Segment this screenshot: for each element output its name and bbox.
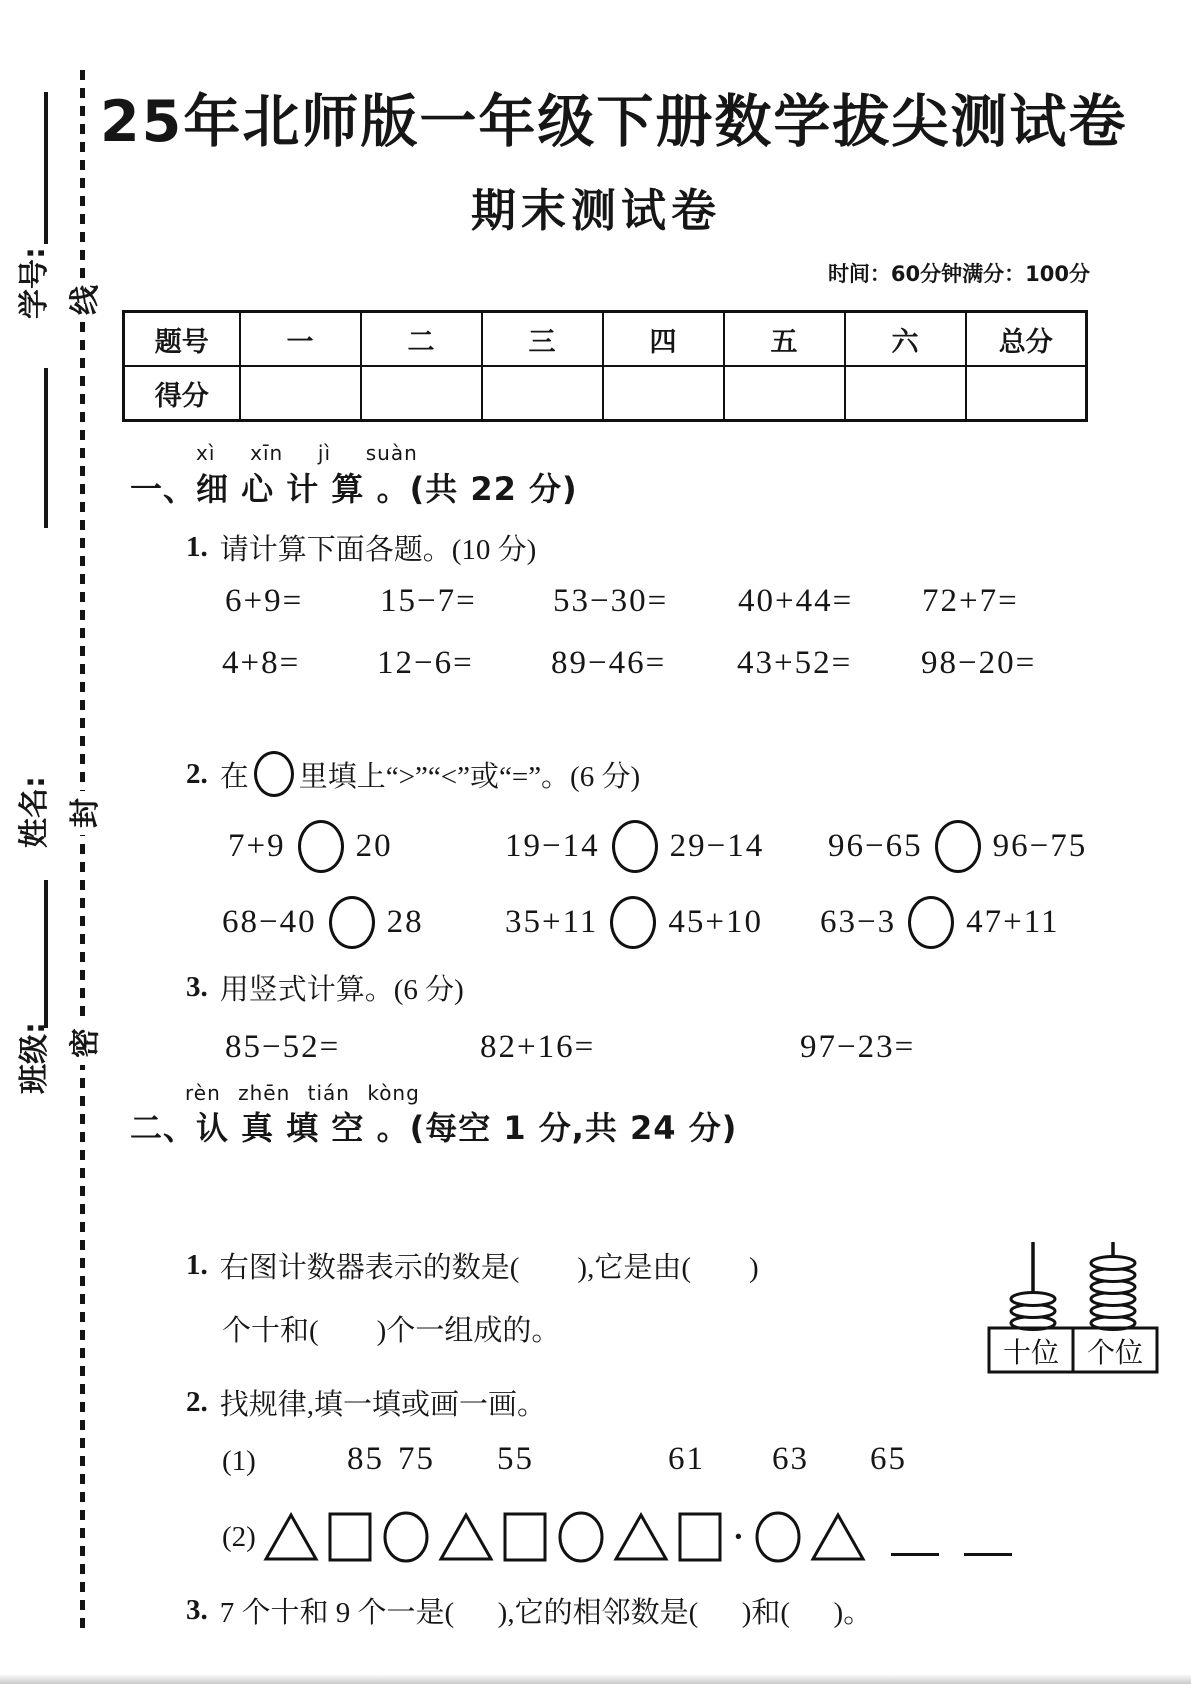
comparison-right: 96−75 [993,828,1088,865]
calc-item: 53−30= [553,583,668,620]
calc-item: 89−46= [551,645,666,682]
s1-q3-text: 用竖式计算。(6 分) [220,967,464,1008]
s2-q3-number: 3. [186,1594,208,1627]
name-label: 姓名: [15,742,55,882]
triangle-shape [810,1511,866,1563]
score-header-cell: 六 [845,312,966,367]
score-header-cell: 五 [724,312,845,367]
s2-q3-text: 7 个十和 9 个一是( ),它的相邻数是( )和( )。 [220,1590,872,1631]
comparison-circle [329,896,375,949]
column-calc-item: 97−23= [800,1029,915,1066]
seal-char-mi: 密 [66,1021,106,1065]
comparison-right: 45+10 [668,904,763,941]
s2-q2-sub1-label: (1) [222,1445,256,1478]
comparison-circle [610,896,656,949]
s1-q2-prompt: 2. 在 里填上“>”“<”或“=”。(6 分) [186,751,640,797]
exam-paper-page: 学号: 姓名: 班级: 线 封 密 25年北师版一年级下册数学拔尖测试卷 期末测… [0,0,1191,1684]
score-table-header-row: 题号 一 二 三 四 五 六 总分 [124,312,1087,367]
s2-q1-line2: 个十和( )个一组成的。 [222,1308,560,1349]
triangle-shape [438,1511,494,1563]
triangle-shape [263,1511,319,1563]
s1-q2-number: 2. [186,758,208,791]
calc-item: 40+44= [738,583,853,620]
student-id-label: 学号: [15,213,55,353]
ones-bead [1091,1257,1135,1270]
s1-q3-prompt: 3. 用竖式计算。(6 分) [186,967,464,1008]
calc-item: 43+52= [737,645,852,682]
comparison-left: 68−40 [222,904,317,941]
paper-title: 25年北师版一年级下册数学拔尖测试卷 [100,76,1092,158]
s1-q3-number: 3. [186,971,208,1004]
section2-title: 二、认 真 填 空 。(每空 1 分,共 24 分) [130,1103,737,1149]
score-empty-cell [845,366,966,421]
score-empty-cell [603,366,724,421]
pattern-number: 85 [347,1441,384,1478]
score-header-cell: 二 [361,312,482,367]
comparison-item: 7+9 20 [228,820,393,873]
s2-q1-line1: 1. 右图计数器表示的数是( ),它是由( ) [186,1245,759,1286]
calc-item: 12−6= [377,645,474,682]
s1-q1-prompt: 1. 请计算下面各题。(10 分) [186,527,536,568]
comparison-item: 19−14 29−14 [505,820,764,873]
calc-item: 6+9= [225,583,303,620]
section1-title: 一、细 心 计 算 。(共 22 分) [130,464,578,510]
score-empty-cell [966,366,1087,421]
score-header-cell: 四 [603,312,724,367]
s2-q2-number: 2. [186,1386,208,1419]
comparison-right: 47+11 [966,904,1059,941]
score-row-label: 得分 [124,366,240,421]
ones-place-label: 个位 [1087,1337,1143,1369]
triangle-shape [613,1511,669,1563]
score-empty-cell [240,366,361,421]
time-and-score-info: 时间：60分钟满分：100分 [100,258,1090,288]
score-header-cell: 题号 [124,312,240,367]
score-header-cell: 总分 [966,312,1087,367]
comparison-circle [908,896,954,949]
pattern-number: 65 [870,1441,907,1478]
circle-shape [753,1510,803,1564]
score-table-score-row: 得分 [124,366,1087,421]
comparison-left: 35+11 [505,904,598,941]
calc-item: 15−7= [380,583,477,620]
pattern-number: 55 [497,1441,534,1478]
score-empty-cell [724,366,845,421]
pattern-number: 63 [772,1441,809,1478]
s1-q1-number: 1. [186,531,208,564]
section1-pinyin: xì xīn jì suàn [196,441,418,465]
scan-bottom-edge [0,1674,1191,1684]
seal-char-feng: 封 [66,791,106,835]
circle-shape [381,1510,431,1564]
calc-item: 98−20= [921,645,1036,682]
class-label: 班级: [15,988,55,1128]
pattern-number: 61 [668,1441,705,1478]
comparison-item: 63−3 47+11 [820,896,1060,949]
column-calc-item: 85−52= [225,1029,340,1066]
comparison-left: 63−3 [820,904,896,941]
score-empty-cell [361,366,482,421]
comparison-item: 68−40 28 [222,896,424,949]
calc-item: 4+8= [222,645,300,682]
s2-q2-prompt: 2. 找规律,填一填或画一画。 [186,1382,546,1423]
comparison-left: 96−65 [828,828,923,865]
pattern-number: 75 [398,1441,435,1478]
s2-q2-text: 找规律,填一填或画一画。 [220,1382,546,1423]
s1-q1-text: 请计算下面各题。(10 分) [220,527,537,568]
comparison-circle [298,820,344,873]
comparison-circle [935,820,981,873]
place-value-abacus: 十位 个位 [985,1236,1161,1376]
stray-dot-mark: · [733,1519,744,1556]
comparison-right: 20 [356,828,393,865]
comparison-left: 19−14 [505,828,600,865]
s1-q2-text-before: 在 [220,754,249,795]
example-comparison-circle [254,751,294,797]
score-empty-cell [482,366,603,421]
comparison-left: 7+9 [228,828,286,865]
calc-item: 72+7= [922,583,1019,620]
column-calc-item: 82+16= [480,1029,595,1066]
square-shape [676,1511,724,1563]
comparison-circle [612,820,658,873]
s1-q2-text-after: 里填上“>”“<”或“=”。(6 分) [299,754,640,795]
square-shape [501,1511,549,1563]
square-shape [326,1511,374,1563]
comparison-item: 96−65 96−75 [828,820,1087,873]
comparison-item: 35+11 45+10 [505,896,763,949]
score-header-cell: 一 [240,312,361,367]
s2-q3-prompt: 3. 7 个十和 9 个一是( ),它的相邻数是( )和( )。 [186,1590,872,1631]
section2-pinyin: rèn zhēn tián kòng [185,1081,420,1105]
answer-blank [964,1553,1012,1556]
s2-q2-sub2-label: (2) [222,1521,256,1554]
comparison-right: 28 [387,904,424,941]
s2-q1-number: 1. [186,1249,208,1282]
name-writing-line [44,368,48,528]
s2-q2-shape-pattern: (2) · [222,1510,1012,1564]
score-header-cell: 三 [482,312,603,367]
comparison-right: 29−14 [670,828,765,865]
tens-place-label: 十位 [1003,1337,1059,1369]
score-table: 题号 一 二 三 四 五 六 总分 得分 [122,310,1088,422]
answer-blank [891,1553,939,1556]
paper-subtitle: 期末测试卷 [100,174,1092,239]
s2-q1-line1-text: 右图计数器表示的数是( ),它是由( ) [220,1245,759,1286]
tens-bead [1011,1293,1055,1306]
circle-shape [556,1510,606,1564]
